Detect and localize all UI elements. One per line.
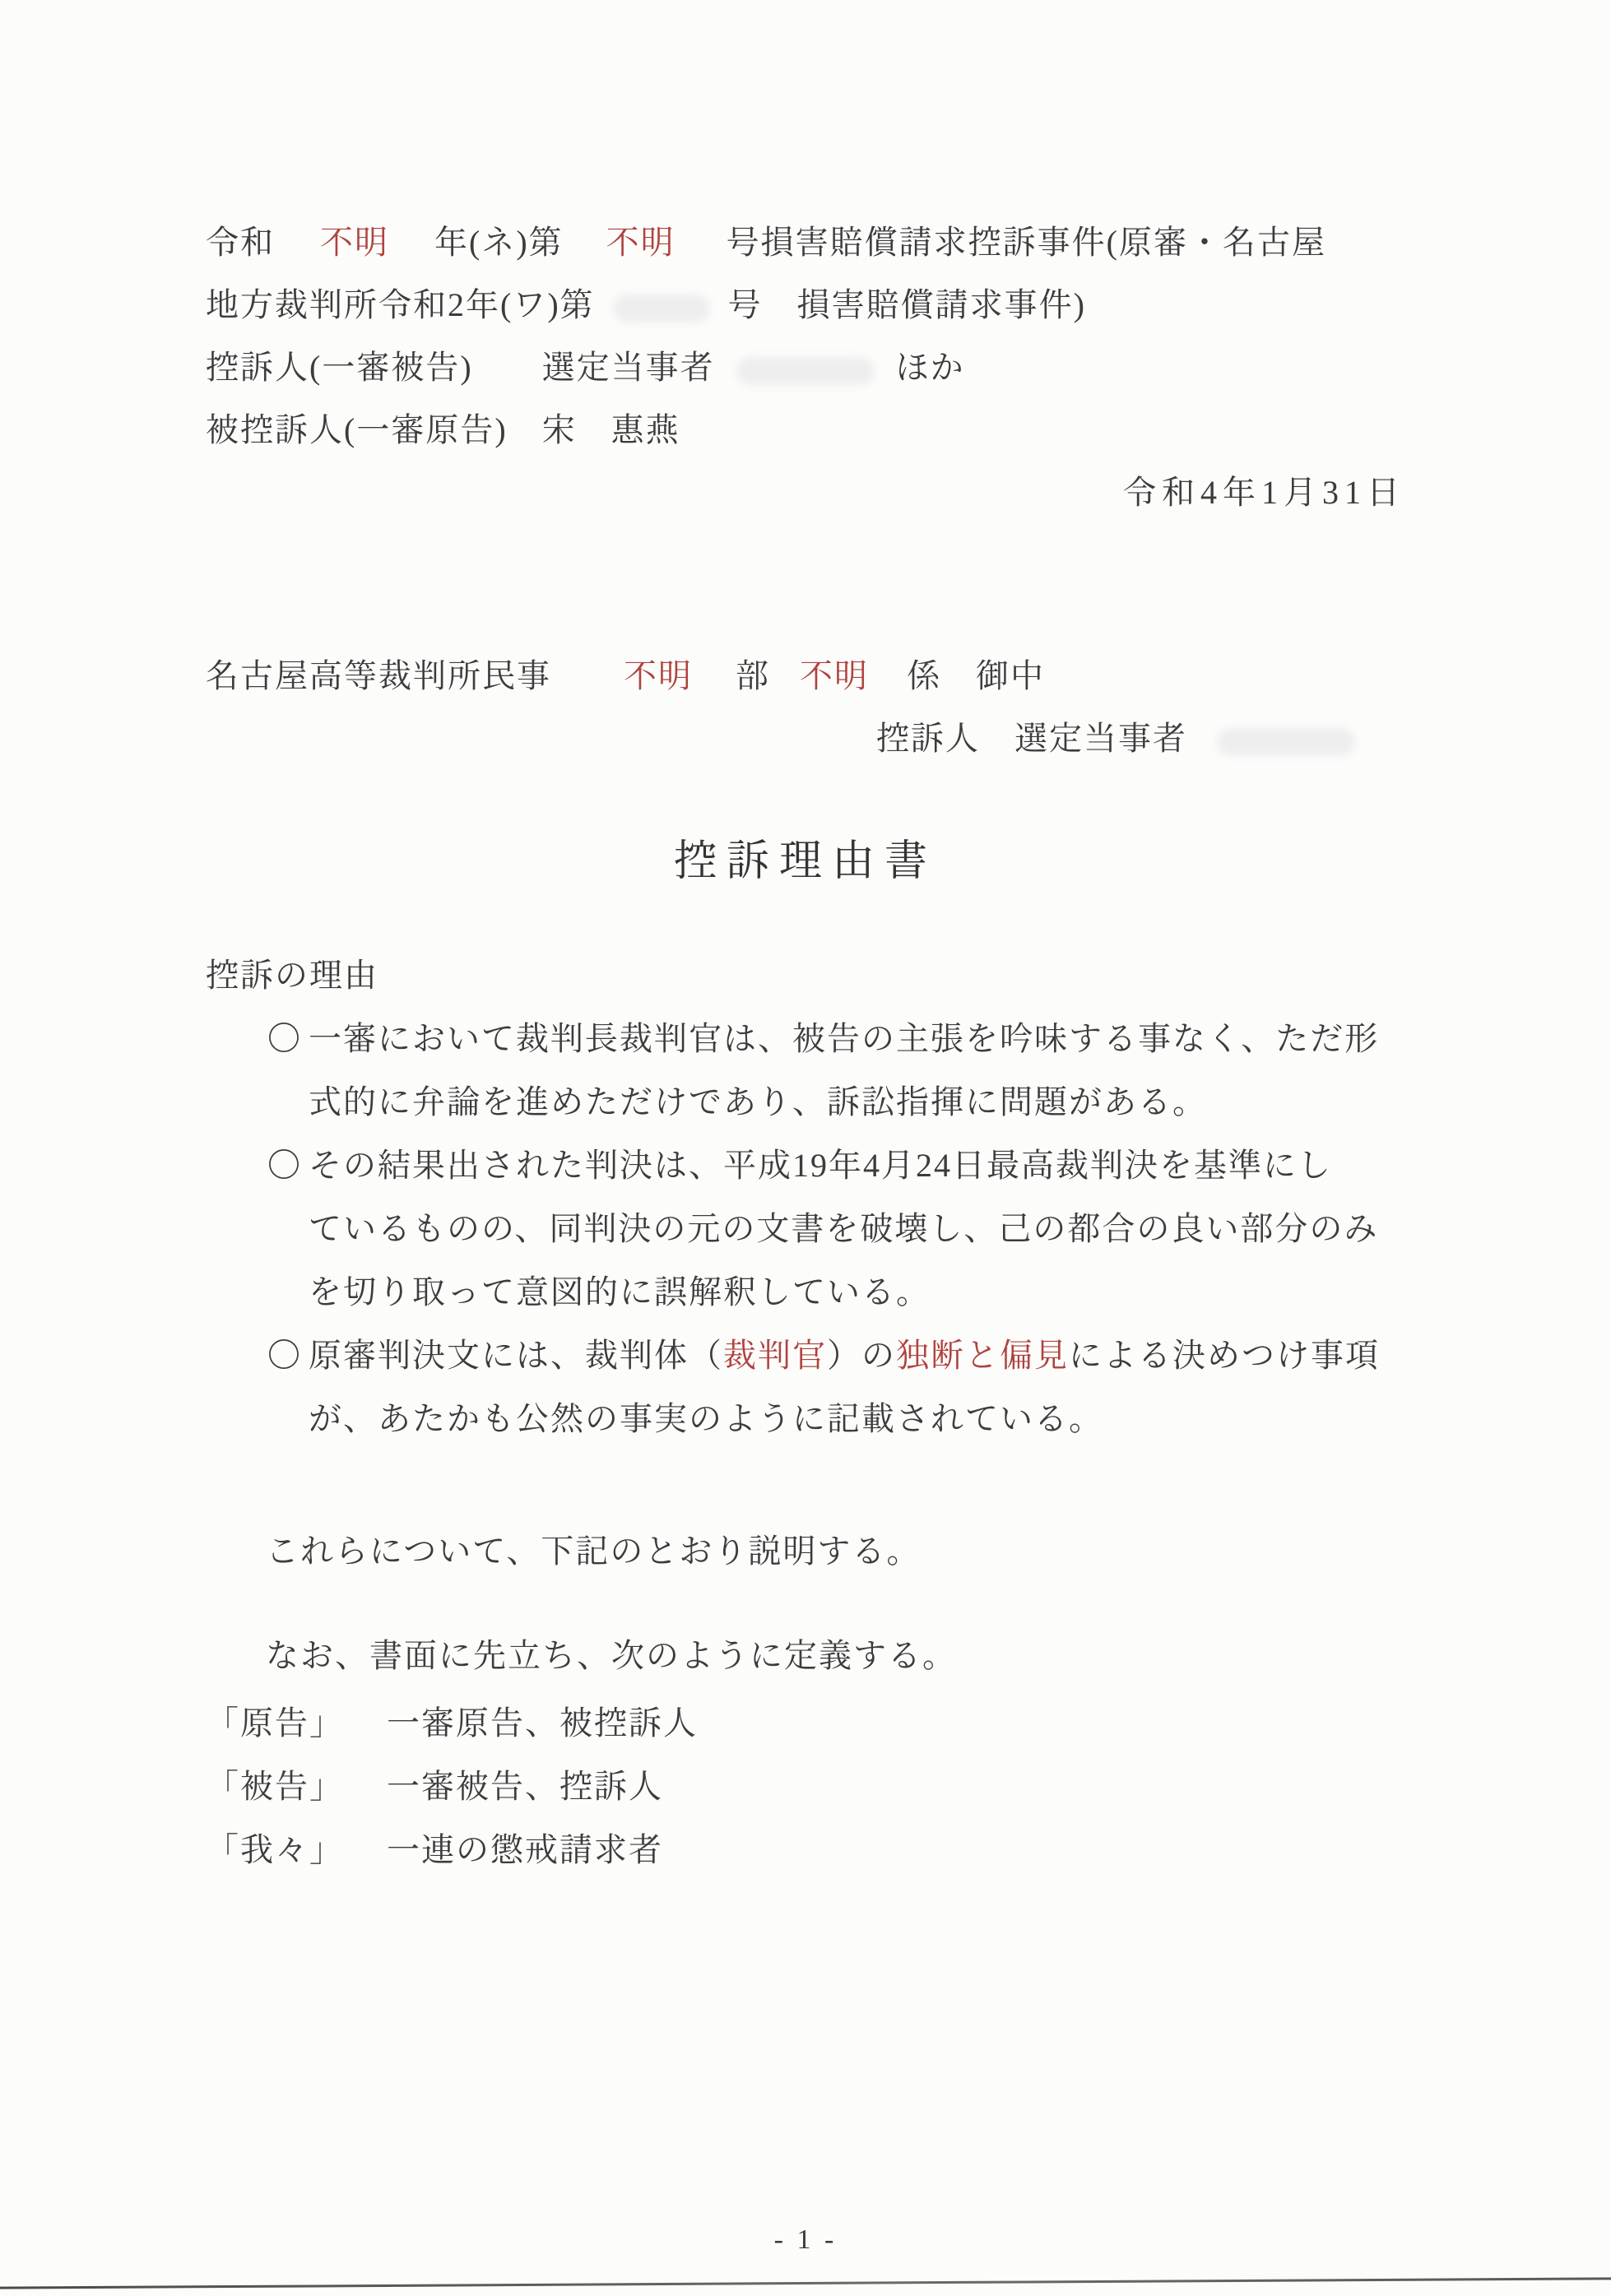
section-honorific-label: 係 御中 [907,657,1045,694]
unknown-section-red: 不明 [800,657,869,694]
unknown-number-red: 不明 [606,224,676,261]
bullet1-text: 一審において裁判長裁判官は、被告の主張を吟味する事なく、ただ形 [309,1020,1379,1057]
redacted-appellant-name [736,357,875,385]
addressee-section: 名古屋高等裁判所民事不明部不明係 御中 控訴人 選定当事者 [206,645,1407,770]
definition-term: 「被告」 [206,1755,387,1818]
explanation-paragraph: これらについて、下記のとおり説明する。 [266,1519,1456,1583]
definition-term: 「原告」 [206,1691,387,1755]
bullet2-line1: 〇その結果出された判決は、平成19年4月24日最高裁判決を基準にし [267,1134,1456,1197]
scan-bottom-edge-artifact [0,2277,1611,2289]
bullet3-text-c: による決めつけ事項 [1069,1337,1380,1374]
bullet-marker: 〇 [267,1007,309,1070]
bullet3-line1: 〇原審判決文には、裁判体（裁判官）の独断と偏見による決めつけ事項 [267,1324,1456,1387]
document-date: 令和4年1月31日 [206,462,1407,524]
unknown-year-red: 不明 [320,224,389,261]
court-addressee-line: 名古屋高等裁判所民事不明部不明係 御中 [206,645,1407,707]
court-name: 名古屋高等裁判所民事 [206,657,551,694]
case-caption: 令和不明年(ネ)第不明号損害賠償請求控訴事件(原審・名古屋 地方裁判所令和2年(… [206,211,1407,524]
appellant-party-label: 控訴人(一審被告) 選定当事者 [206,349,715,386]
bullet1-line1: 〇一審において裁判長裁判官は、被告の主張を吟味する事なく、ただ形 [267,1007,1456,1070]
definition-row: 「原告」一審原告、被控訴人 [206,1691,1456,1755]
lower-court-case-suffix: 号 損害賠償請求事件) [728,286,1086,323]
definition-desc: 一審原告、被控訴人 [387,1705,698,1742]
lower-court-case-prefix: 地方裁判所令和2年(ワ)第 [206,286,595,323]
bullet2-line3: を切り取って意図的に誤解釈している。 [309,1260,1456,1324]
era-label: 令和 [206,224,275,261]
bullet3-red-prejudice: 独断と偏見 [896,1337,1069,1374]
bullet3-red-judge: 裁判官 [723,1337,827,1374]
definitions-intro-paragraph: なお、書面に先立ち、次のように定義する。 [266,1624,1456,1687]
unknown-division-red: 不明 [624,657,693,694]
appellant-etal-label: ほか [896,349,965,386]
definitions-list: 「原告」一審原告、被控訴人 「被告」一審被告、控訴人 「我々」一連の懲戒請求者 [206,1691,1456,1881]
definition-term: 「我々」 [206,1818,387,1881]
page-number: - 1 - [0,2213,1611,2267]
bullet2-line2: ているものの、同判決の元の文書を破壊し、己の都合の良い部分のみ [309,1197,1456,1260]
definition-desc: 一連の懲戒請求者 [387,1831,663,1868]
document-body: 控訴の理由 〇一審において裁判長裁判官は、被告の主張を吟味する事なく、ただ形 式… [206,944,1456,1881]
bullet3-text-b: ）の [827,1337,896,1374]
bullet3-line2: が、あたかも公然の事実のように記載されている。 [309,1387,1456,1450]
bullet2-text: その結果出された判決は、平成19年4月24日最高裁判決を基準にし [309,1147,1332,1184]
bullet-marker: 〇 [267,1134,309,1197]
case-caption-line1: 令和不明年(ネ)第不明号損害賠償請求控訴事件(原審・名古屋 [206,211,1407,274]
case-number-prefix: 年(ネ)第 [434,224,564,261]
bullet-marker: 〇 [267,1324,309,1387]
redacted-case-number [613,295,710,322]
redacted-signatory-name [1217,728,1355,756]
case-caption-line2: 地方裁判所令和2年(ワ)第号 損害賠償請求事件) [206,274,1407,336]
definition-row: 「被告」一審被告、控訴人 [206,1755,1456,1818]
appellant-signature-line: 控訴人 選定当事者 [876,707,1407,770]
appellant-signature-label: 控訴人 選定当事者 [876,720,1187,757]
reasons-heading: 控訴の理由 [206,944,1456,1007]
document-title: 控訴理由書 [0,829,1611,895]
definition-row: 「我々」一連の懲戒請求者 [206,1818,1456,1881]
appellee-party-line: 被控訴人(一審原告) 宋 惠燕 [206,399,1407,462]
bullet1-line2: 式的に弁論を進めただけであり、訴訟指揮に問題がある。 [309,1070,1456,1134]
division-label: 部 [736,657,770,694]
case-title-text: 号損害賠償請求控訴事件(原審・名古屋 [727,224,1326,261]
appellant-party-line: 控訴人(一審被告) 選定当事者ほか [206,336,1407,399]
scanned-court-document-page: 令和不明年(ネ)第不明号損害賠償請求控訴事件(原審・名古屋 地方裁判所令和2年(… [0,0,1611,2296]
definition-desc: 一審被告、控訴人 [387,1768,663,1805]
bullet3-text-a: 原審判決文には、裁判体（ [309,1337,723,1374]
